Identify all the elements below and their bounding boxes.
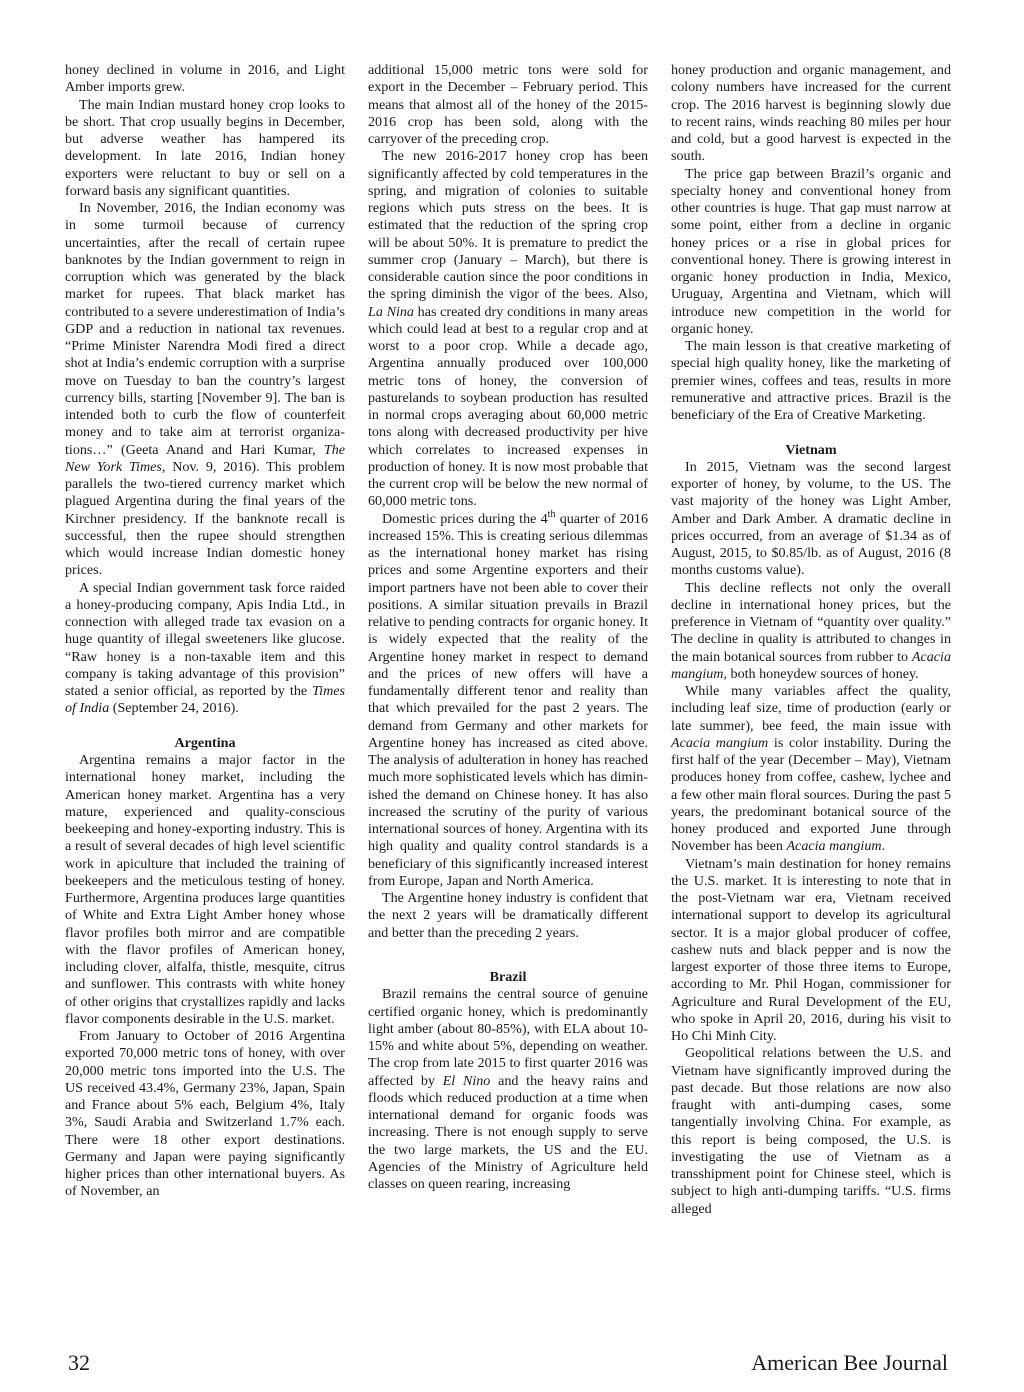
text-run: and the heavy rains and floods which red… (368, 1073, 648, 1193)
text-run: , both hon­eydew sources of honey. (723, 666, 918, 682)
paragraph: The main Indian mustard honey crop looks… (65, 97, 345, 201)
text-run: , Nov. 9, 2016). This problem parallels … (65, 459, 345, 579)
text-run: Domestic prices during the 4 (382, 511, 548, 527)
paragraph: Domestic prices during the 4th quarter o… (368, 511, 648, 891)
text-run: additional 15,000 metric tons were sold … (368, 62, 648, 147)
paragraph: The Argentine honey industry is confi­de… (368, 890, 648, 942)
section-heading-argentina: Argentina (65, 735, 345, 752)
paragraph: A special Indian government task force r… (65, 580, 345, 718)
paragraph: Argentina remains a major factor in the … (65, 752, 345, 1028)
paragraph-spacer (671, 424, 951, 441)
text-run: . (882, 838, 886, 854)
text-run: In November, 2016, the Indian economy wa… (65, 200, 345, 458)
text-run: From January to October of 2016 Argentin… (65, 1028, 345, 1199)
section-heading-vietnam: Vietnam (671, 442, 951, 459)
journal-title: American Bee Journal (751, 1350, 948, 1376)
text-run: While many variables affect the quality,… (671, 683, 951, 734)
text-run: Argentina remains a major factor in the … (65, 752, 345, 1027)
text-run: Geopolitical relations between the U.S. … (671, 1045, 951, 1216)
paragraph: The main lesson is that creative mar­ket… (671, 338, 951, 424)
italic-text: Acacia mangium (786, 838, 881, 854)
text-run: honey declined in volume in 2016, and Li… (65, 62, 345, 95)
paragraph: The new 2016-2017 honey crop has been si… (368, 148, 648, 510)
text-run: (September 24, 2016). (109, 700, 239, 716)
italic-text: La Nina (368, 304, 414, 320)
text-run: Vietnam’s main destination for honey rem… (671, 856, 951, 1045)
text-run: honey production and organic management,… (671, 62, 951, 164)
page-number: 32 (68, 1350, 90, 1376)
paragraph: From January to October of 2016 Argentin… (65, 1028, 345, 1201)
paragraph-spacer (368, 959, 648, 969)
text-run: The price gap between Brazil’s organic a… (671, 166, 951, 337)
text-run: In 2015, Vietnam was the second larg­est… (671, 459, 951, 579)
italic-text: Acacia mangium (671, 735, 768, 751)
paragraph: Brazil remains the central source of gen… (368, 986, 648, 1193)
text-column-1: honey declined in volume in 2016, and Li… (65, 62, 345, 1201)
paragraph: Geopolitical relations between the U.S. … (671, 1045, 951, 1218)
paragraph: additional 15,000 metric tons were sold … (368, 62, 648, 148)
paragraph: Vietnam’s main destination for honey rem… (671, 856, 951, 1046)
text-run: has created dry conditions in many areas… (368, 304, 648, 510)
paragraph: In 2015, Vietnam was the second larg­est… (671, 459, 951, 580)
section-heading-brazil: Brazil (368, 969, 648, 986)
paragraph: honey declined in volume in 2016, and Li… (65, 62, 345, 97)
text-run: The Argentine honey industry is confi­de… (368, 890, 648, 941)
text-run: A special Indian government task force r… (65, 580, 345, 700)
text-run: The main Indian mustard honey crop looks… (65, 97, 345, 199)
paragraph-spacer (368, 942, 648, 959)
text-run: The new 2016-2017 honey crop has been si… (368, 148, 648, 302)
text-column-3: honey production and organic management,… (671, 62, 951, 1218)
paragraph-spacer (65, 718, 345, 735)
text-column-2: additional 15,000 metric tons were sold … (368, 62, 648, 1193)
paragraph: This decline reflects not only the overa… (671, 580, 951, 684)
paragraph: While many variables affect the quality,… (671, 683, 951, 856)
paragraph: In November, 2016, the Indian economy wa… (65, 200, 345, 580)
text-run: The main lesson is that creative mar­ket… (671, 338, 951, 423)
paragraph: honey production and organic management,… (671, 62, 951, 166)
italic-text: El Nino (443, 1073, 491, 1089)
paragraph: The price gap between Brazil’s organic a… (671, 166, 951, 339)
text-run: quarter of 2016 increased 15%. This is c… (368, 511, 648, 889)
text-run: is color instability. During the first h… (671, 735, 951, 855)
text-run: This decline reflects not only the overa… (671, 580, 951, 665)
